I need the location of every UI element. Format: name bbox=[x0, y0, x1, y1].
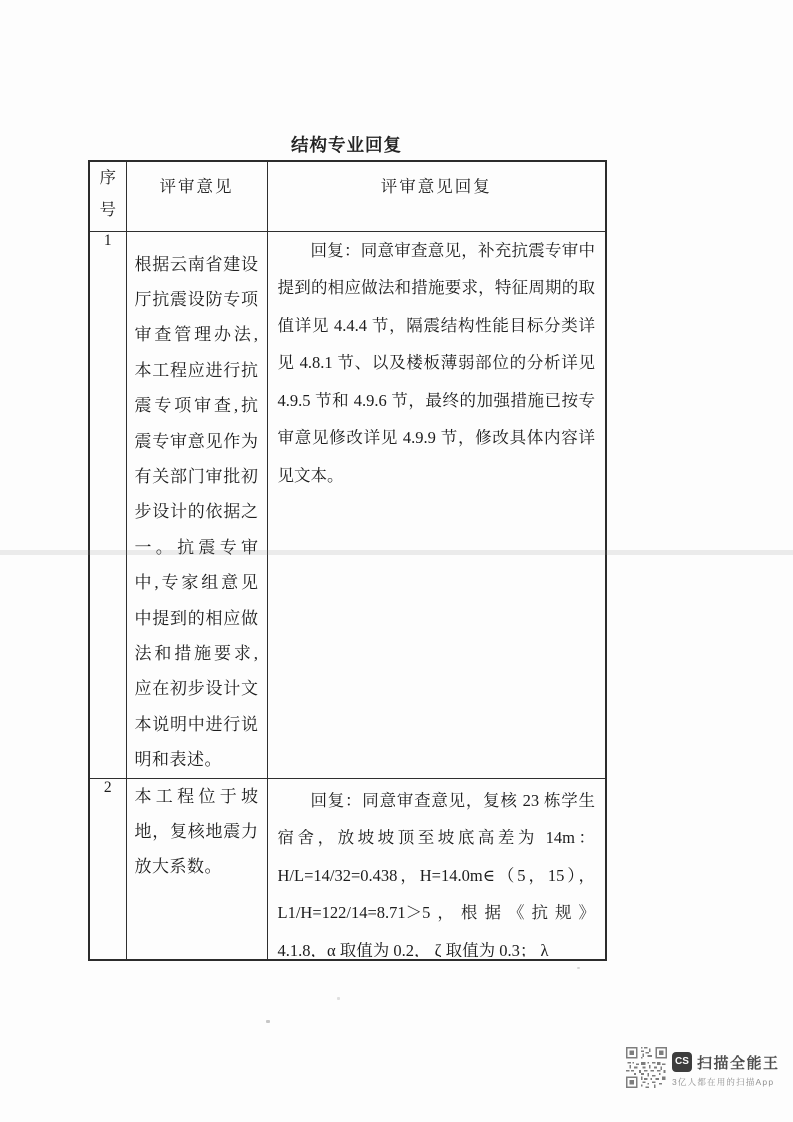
row2-review-cell: 本工程位于坡地，复核地震力放大系数。 bbox=[126, 778, 267, 960]
row2-seq-number: 2 bbox=[89, 778, 126, 960]
header-review-reply: 评审意见回复 bbox=[267, 161, 606, 231]
camscanner-tagline: 3亿人都在用的扫描App bbox=[672, 1076, 774, 1088]
camscanner-app-name: 扫描全能王 bbox=[697, 1052, 780, 1073]
header-seq-line1: 序 bbox=[90, 162, 126, 194]
camscanner-watermark: CS 扫描全能王 3亿人都在用的扫描App bbox=[626, 1045, 776, 1093]
table-row-1: 1 根据云南省建设厅抗震设防专项审查管理办法,本工程应进行抗震专项审查,抗震专审… bbox=[89, 231, 606, 778]
row2-review-text: 本工程位于坡地，复核地震力放大系数。 bbox=[127, 779, 267, 885]
review-comments-table: 序 号 评审意见 评审意见回复 1 根据云南省建设厅抗震设防专项审查管理办法,本… bbox=[88, 160, 607, 961]
row1-reply-text: 回复：同意审查意见，补充抗震专审中提到的相应做法和措施要求，特征周期的取值详见 … bbox=[268, 232, 606, 495]
header-review-comments: 评审意见 bbox=[126, 161, 267, 231]
scan-speckle bbox=[266, 1020, 270, 1023]
row1-review-text: 根据云南省建设厅抗震设防专项审查管理办法,本工程应进行抗震专项审查,抗震专审意见… bbox=[127, 232, 267, 778]
row1-reply-cell: 回复：同意审查意见，补充抗震专审中提到的相应做法和措施要求，特征周期的取值详见 … bbox=[267, 231, 606, 778]
row2-reply-text: 回复：同意审查意见，复核 23 栋学生宿舍，放坡坡顶至坡底高差为 14m：H/L… bbox=[268, 782, 606, 957]
header-seq-line2: 号 bbox=[90, 194, 126, 226]
table-row-2: 2 本工程位于坡地，复核地震力放大系数。 回复：同意审查意见，复核 23 栋学生… bbox=[89, 778, 606, 960]
table-header-row: 序 号 评审意见 评审意见回复 bbox=[89, 161, 606, 231]
qr-code-icon bbox=[626, 1047, 667, 1088]
row1-review-cell: 根据云南省建设厅抗震设防专项审查管理办法,本工程应进行抗震专项审查,抗震专审意见… bbox=[126, 231, 267, 778]
row1-seq-number: 1 bbox=[89, 231, 126, 778]
camscanner-logo-icon: CS bbox=[672, 1052, 692, 1072]
header-seq-number: 序 号 bbox=[89, 161, 126, 231]
scanned-document-page: 结构专业回复 序 号 评审意见 评审意见回复 1 根据云南省建设厅抗震设防专项审… bbox=[0, 0, 793, 1122]
page-title: 结构专业回复 bbox=[88, 132, 605, 157]
scan-speckle bbox=[577, 967, 580, 969]
scan-speckle bbox=[337, 997, 340, 1000]
row2-reply-cell: 回复：同意审查意见，复核 23 栋学生宿舍，放坡坡顶至坡底高差为 14m：H/L… bbox=[267, 778, 606, 960]
